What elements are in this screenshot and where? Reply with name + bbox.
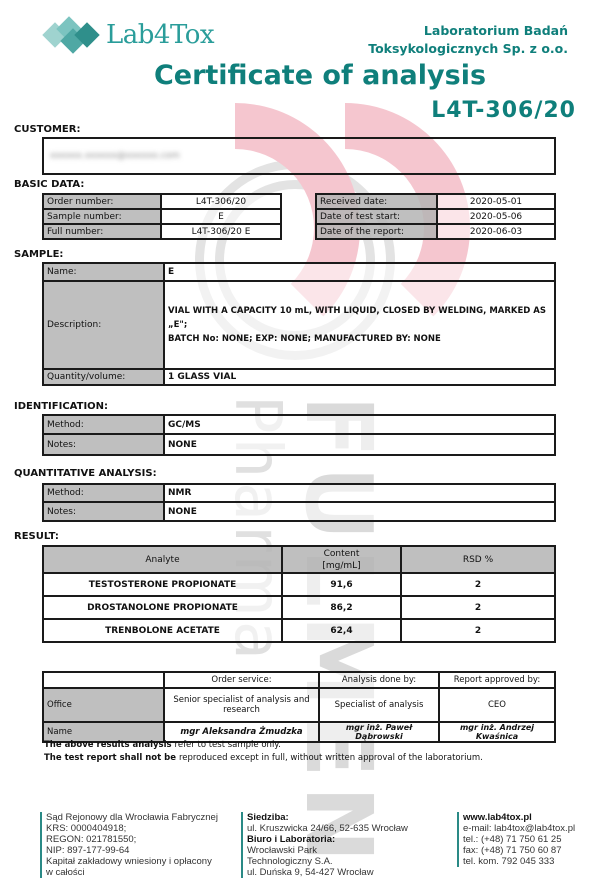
order-service-header: Order service: xyxy=(164,672,319,688)
quantitative-notes-label: Notes: xyxy=(43,502,164,521)
received-date-value: 2020-05-01 xyxy=(437,194,555,209)
email-link[interactable]: e-mail: lab4tox@lab4tox.pl xyxy=(463,823,575,834)
footer-registration: Sąd Rejonowy dla Wrocławia Fabrycznej KR… xyxy=(40,812,218,878)
analyte-cell: DROSTANOLONE PROPIONATE xyxy=(43,596,282,619)
report-date-label: Date of the report: xyxy=(316,224,437,239)
sample-number-value: E xyxy=(161,209,281,224)
content-cell: 86,2 xyxy=(282,596,401,619)
rsd-cell: 2 xyxy=(401,619,555,642)
result-col-rsd: RSD % xyxy=(401,546,555,573)
report-approved-header: Report approved by: xyxy=(439,672,555,688)
website-link[interactable]: www.lab4tox.pl xyxy=(463,812,532,823)
office-approved: CEO xyxy=(439,688,555,722)
logo: Lab4Tox xyxy=(42,20,214,50)
rsd-cell: 2 xyxy=(401,596,555,619)
sample-heading: SAMPLE: xyxy=(14,249,63,260)
result-heading: RESULT: xyxy=(14,531,59,542)
signatures-table: Order service: Analysis done by: Report … xyxy=(42,671,556,743)
name-approved: mgr inż. Andrzej Kwaśnica xyxy=(439,722,555,742)
sample-table: Name:E Description: VIAL WITH A CAPACITY… xyxy=(42,262,556,386)
quantitative-notes-value: NONE xyxy=(164,502,555,521)
office-analysis: Specialist of analysis xyxy=(319,688,439,722)
content-cell: 91,6 xyxy=(282,573,401,596)
quantitative-table: Method:NMR Notes:NONE xyxy=(42,483,556,522)
order-number-label: Order number: xyxy=(43,194,161,209)
full-number-label: Full number: xyxy=(43,224,161,239)
order-number-value: L4T-306/20 xyxy=(161,194,281,209)
basic-data-heading: BASIC DATA: xyxy=(14,179,84,190)
quantitative-method-label: Method: xyxy=(43,484,164,502)
sample-number-label: Sample number: xyxy=(43,209,161,224)
basic-data-left-table: Order number:L4T-306/20 Sample number:E … xyxy=(42,193,282,240)
test-start-label: Date of test start: xyxy=(316,209,437,224)
table-row: DROSTANOLONE PROPIONATE 86,2 2 xyxy=(43,596,555,619)
customer-heading: CUSTOMER: xyxy=(14,124,80,135)
footer-contact: www.lab4tox.pl e-mail: lab4tox@lab4tox.p… xyxy=(457,812,575,867)
received-date-label: Received date: xyxy=(316,194,437,209)
result-table: Analyte Content [mg/mL] RSD % TESTOSTERO… xyxy=(42,545,556,643)
sample-name-value: E xyxy=(164,263,555,281)
quantitative-heading: QUANTITATIVE ANALYSIS: xyxy=(14,468,157,479)
quantitative-method-value: NMR xyxy=(164,484,555,502)
result-col-content: Content [mg/mL] xyxy=(282,546,401,573)
full-number-value: L4T-306/20 E xyxy=(161,224,281,239)
identification-heading: IDENTIFICATION: xyxy=(14,401,108,412)
name-analysis: mgr inż. Paweł Dąbrowski xyxy=(319,722,439,742)
content-cell: 62,4 xyxy=(282,619,401,642)
table-row: TESTOSTERONE PROPIONATE 91,6 2 xyxy=(43,573,555,596)
sample-quantity-value: 1 GLASS VIAL xyxy=(164,369,555,385)
logo-diamonds-icon xyxy=(42,20,100,50)
name-label: Name xyxy=(43,722,164,742)
sample-quantity-label: Quantity/volume: xyxy=(43,369,164,385)
sample-description-label: Description: xyxy=(43,281,164,369)
sample-description-value: VIAL WITH A CAPACITY 10 mL, WITH LIQUID,… xyxy=(164,281,555,369)
name-order-service: mgr Aleksandra Żmudzka xyxy=(164,722,319,742)
analyte-cell: TRENBOLONE ACETATE xyxy=(43,619,282,642)
customer-box: xxxxxx.xxxxxx@xxxxxx.com xyxy=(42,137,556,175)
rsd-cell: 2 xyxy=(401,573,555,596)
analysis-done-header: Analysis done by: xyxy=(319,672,439,688)
identification-method-label: Method: xyxy=(43,415,164,434)
office-label: Office xyxy=(43,688,164,722)
identification-notes-label: Notes: xyxy=(43,434,164,455)
result-col-analyte: Analyte xyxy=(43,546,282,573)
page-title: Certificate of analysis xyxy=(0,60,600,91)
analyte-cell: TESTOSTERONE PROPIONATE xyxy=(43,573,282,596)
sample-name-label: Name: xyxy=(43,263,164,281)
basic-data-right-table: Received date:2020-05-01 Date of test st… xyxy=(315,193,556,240)
identification-notes-value: NONE xyxy=(164,434,555,455)
certificate-number: L4T-306/20 xyxy=(431,98,576,123)
report-date-value: 2020-06-03 xyxy=(437,224,555,239)
lab-name: Laboratorium Badań Toksykologicznych Sp.… xyxy=(368,22,568,58)
office-order-service: Senior specialist of analysis and resear… xyxy=(164,688,319,722)
test-start-value: 2020-05-06 xyxy=(437,209,555,224)
footer-address: Siedziba: ul. Kruszwicka 24/66, 52-635 W… xyxy=(241,812,408,878)
logo-text: Lab4Tox xyxy=(106,20,214,50)
identification-method-value: GC/MS xyxy=(164,415,555,434)
note-line-1: The above results analysis refer to test… xyxy=(44,740,281,750)
table-row: TRENBOLONE ACETATE 62,4 2 xyxy=(43,619,555,642)
note-line-2: The test report shall not be reproduced … xyxy=(44,753,483,763)
identification-table: Method:GC/MS Notes:NONE xyxy=(42,414,556,456)
customer-value-redacted: xxxxxx.xxxxxx@xxxxxx.com xyxy=(50,151,180,161)
